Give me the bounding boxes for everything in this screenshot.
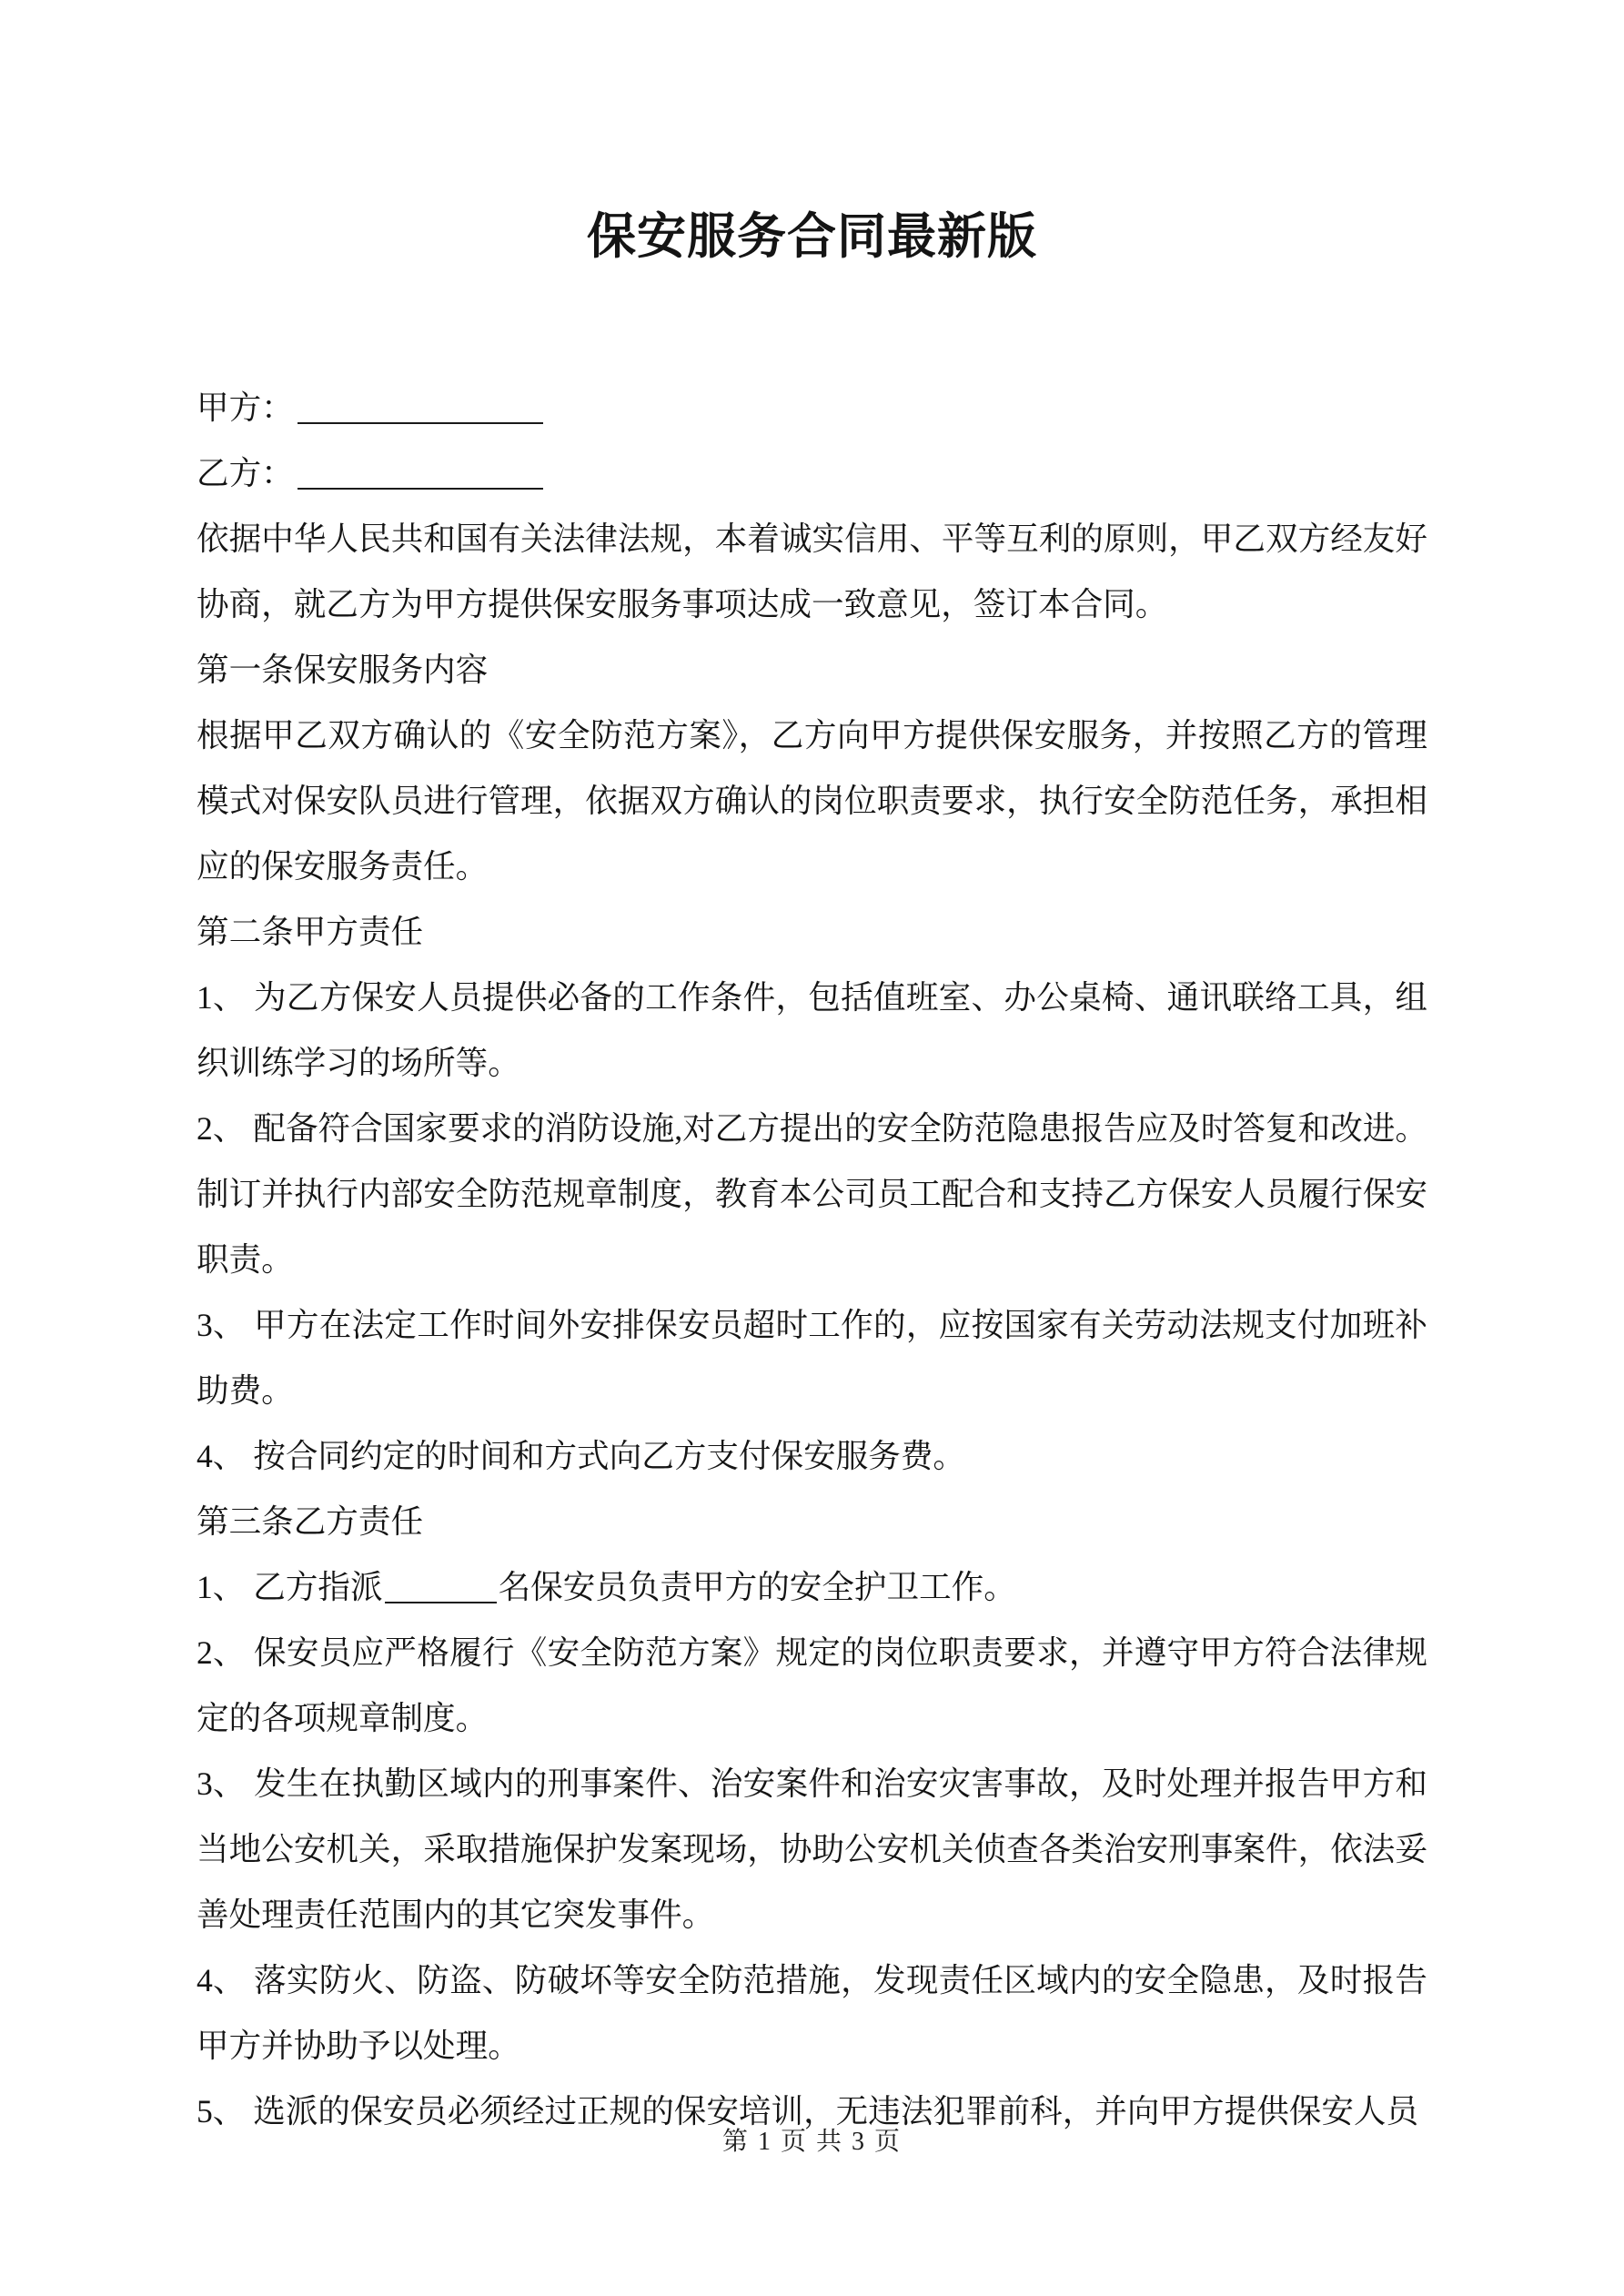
page-number-text: 第 1 页 共 3 页 — [722, 2128, 902, 2156]
document-title: 保安服务合同最新版 — [197, 207, 1427, 267]
field-label: 乙方： — [197, 455, 294, 491]
document-body: 甲方：乙方：依据中华人民共和国有关法律法规，本着诚实信用、平等互利的原则，甲乙双… — [197, 375, 1427, 2144]
paragraph: 4、 按合同约定的时间和方式向乙方支付保安服务费。 — [197, 1423, 1427, 1489]
paragraph: 根据甲乙双方确认的《安全防范方案》，乙方向甲方提供保安服务，并按照乙方的管理模式… — [197, 703, 1427, 899]
paragraph: 2、 配备符合国家要求的消防设施,对乙方提出的安全防范隐患报告应及时答复和改进。… — [197, 1096, 1427, 1292]
paragraph-text: 1、 乙方指派 — [197, 1569, 383, 1605]
contract-document-page: 保安服务合同最新版 甲方：乙方：依据中华人民共和国有关法律法规，本着诚实信用、平… — [0, 0, 1624, 2296]
paragraph: 1、 为乙方保安人员提供必备的工作条件，包括值班室、办公桌椅、通讯联络工具，组织… — [197, 965, 1427, 1096]
section-heading: 第二条甲方责任 — [197, 899, 1427, 965]
section-heading: 第一条保安服务内容 — [197, 637, 1427, 703]
field-label: 甲方： — [197, 389, 294, 426]
page-footer: 第 1 页 共 3 页 — [0, 2124, 1624, 2160]
fill-in-blank[interactable] — [385, 1574, 497, 1603]
paragraph: 3、 甲方在法定工作时间外安排保安员超时工作的，应按国家有关劳动法规支付加班补助… — [197, 1292, 1427, 1423]
paragraph-text: 名保安员负责甲方的安全护卫工作。 — [499, 1569, 1016, 1605]
paragraph: 3、 发生在执勤区域内的刑事案件、治安案件和治安灾害事故，及时处理并报告甲方和当… — [197, 1751, 1427, 1947]
fill-in-blank[interactable] — [298, 460, 543, 490]
paragraph: 2、 保安员应严格履行《安全防范方案》规定的岗位职责要求，并遵守甲方符合法律规定… — [197, 1620, 1427, 1751]
paragraph: 依据中华人民共和国有关法律法规，本着诚实信用、平等互利的原则，甲乙双方经友好协商… — [197, 506, 1427, 637]
paragraph: 4、 落实防火、防盗、防破坏等安全防范措施，发现责任区域内的安全隐患，及时报告甲… — [197, 1947, 1427, 2079]
paragraph-with-blank: 1、 乙方指派名保安员负责甲方的安全护卫工作。 — [197, 1554, 1427, 1620]
fill-in-blank[interactable] — [298, 395, 543, 424]
section-heading: 第三条乙方责任 — [197, 1489, 1427, 1554]
party-field-line: 乙方： — [197, 440, 1427, 506]
party-field-line: 甲方： — [197, 375, 1427, 440]
